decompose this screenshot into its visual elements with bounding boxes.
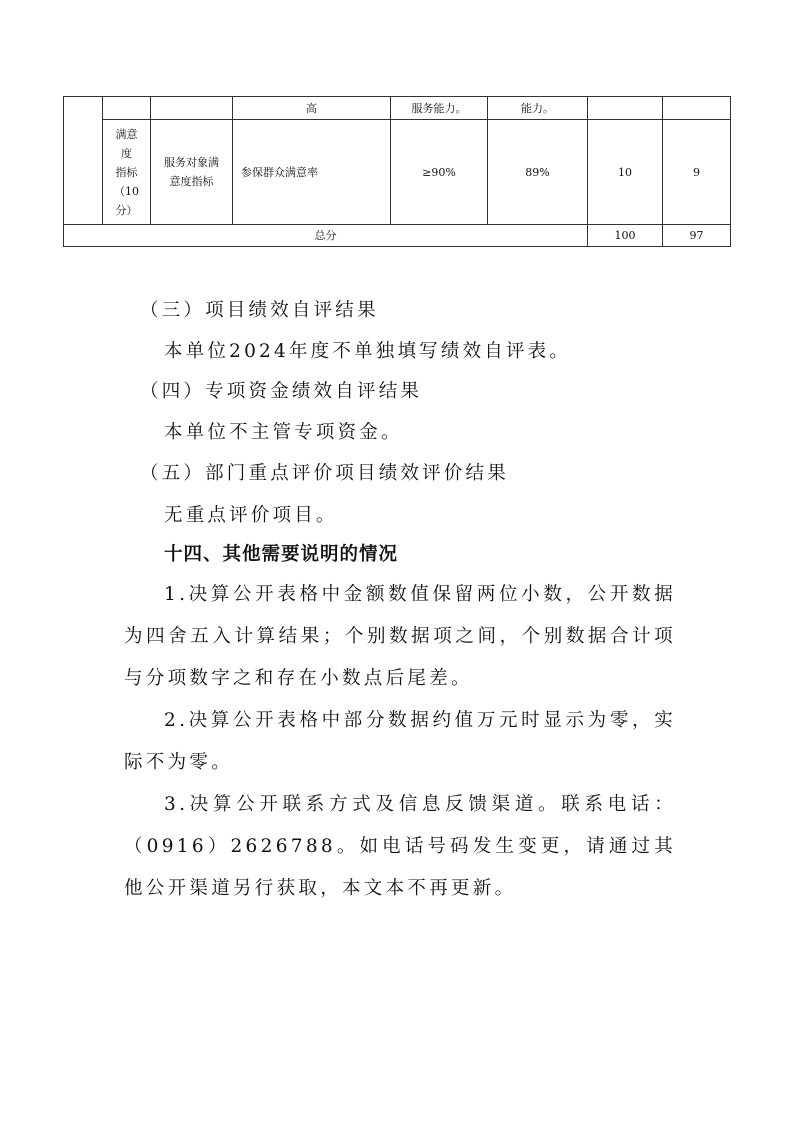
section-5-title: （五）部门重点评价项目绩效评价结果	[140, 465, 509, 484]
total-row: 总分 100 97	[64, 225, 731, 247]
section-3-title: （三）项目绩效自评结果	[140, 302, 379, 321]
section-5-body: 无重点评价项目。	[164, 507, 338, 526]
category-cell: 满意 度 指标 （10 分）	[103, 120, 151, 225]
category-line: 指标	[105, 163, 148, 182]
category-line: 度	[105, 144, 148, 163]
note-1: 1.决算公开表格中金额数值保留两位小数，公开数据为四舍五入计算结果；个别数据项之…	[124, 574, 676, 700]
category-line: （10	[105, 182, 148, 201]
indicator-cell: 参保群众满意率	[233, 120, 391, 225]
sub-indicator-line: 服务对象满	[153, 153, 230, 172]
table-cell: 服务能力。	[391, 97, 488, 120]
score-cell: 9	[663, 120, 731, 225]
section-4-title: （四）专项资金绩效自评结果	[140, 383, 422, 402]
category-line: 分）	[105, 201, 148, 220]
table-cell	[588, 97, 663, 120]
category-line: 满意	[105, 125, 148, 144]
total-score: 97	[663, 225, 731, 247]
target-cell: ≥90%	[391, 120, 488, 225]
table-cell	[64, 97, 103, 225]
note-3: 3.决算公开联系方式及信息反馈渠道。联系电话：（0916）2626788。如电话…	[124, 784, 676, 910]
sub-indicator-cell: 服务对象满 意度指标	[151, 120, 233, 225]
table-cell: 高	[233, 97, 391, 120]
total-label: 总分	[64, 225, 588, 247]
actual-cell: 89%	[488, 120, 588, 225]
table-row: 高 服务能力。 能力。	[64, 97, 731, 120]
section-4-body: 本单位不主管专项资金。	[164, 424, 403, 443]
performance-table: 高 服务能力。 能力。 满意 度 指标 （10 分） 服务对象满 意度指标 参保…	[63, 96, 731, 247]
table-cell	[151, 97, 233, 120]
table-cell	[663, 97, 731, 120]
table-cell	[103, 97, 151, 120]
sub-indicator-line: 意度指标	[153, 172, 230, 191]
table-row: 满意 度 指标 （10 分） 服务对象满 意度指标 参保群众满意率 ≥90% 8…	[64, 120, 731, 225]
weight-cell: 10	[588, 120, 663, 225]
table-cell: 能力。	[488, 97, 588, 120]
total-weight: 100	[588, 225, 663, 247]
section-3-body: 本单位2024年度不单独填写绩效自评表。	[164, 343, 571, 362]
section-14-heading: 十四、其他需要说明的情况	[164, 546, 398, 565]
note-2: 2.决算公开表格中部分数据约值万元时显示为零，实际不为零。	[124, 700, 676, 784]
